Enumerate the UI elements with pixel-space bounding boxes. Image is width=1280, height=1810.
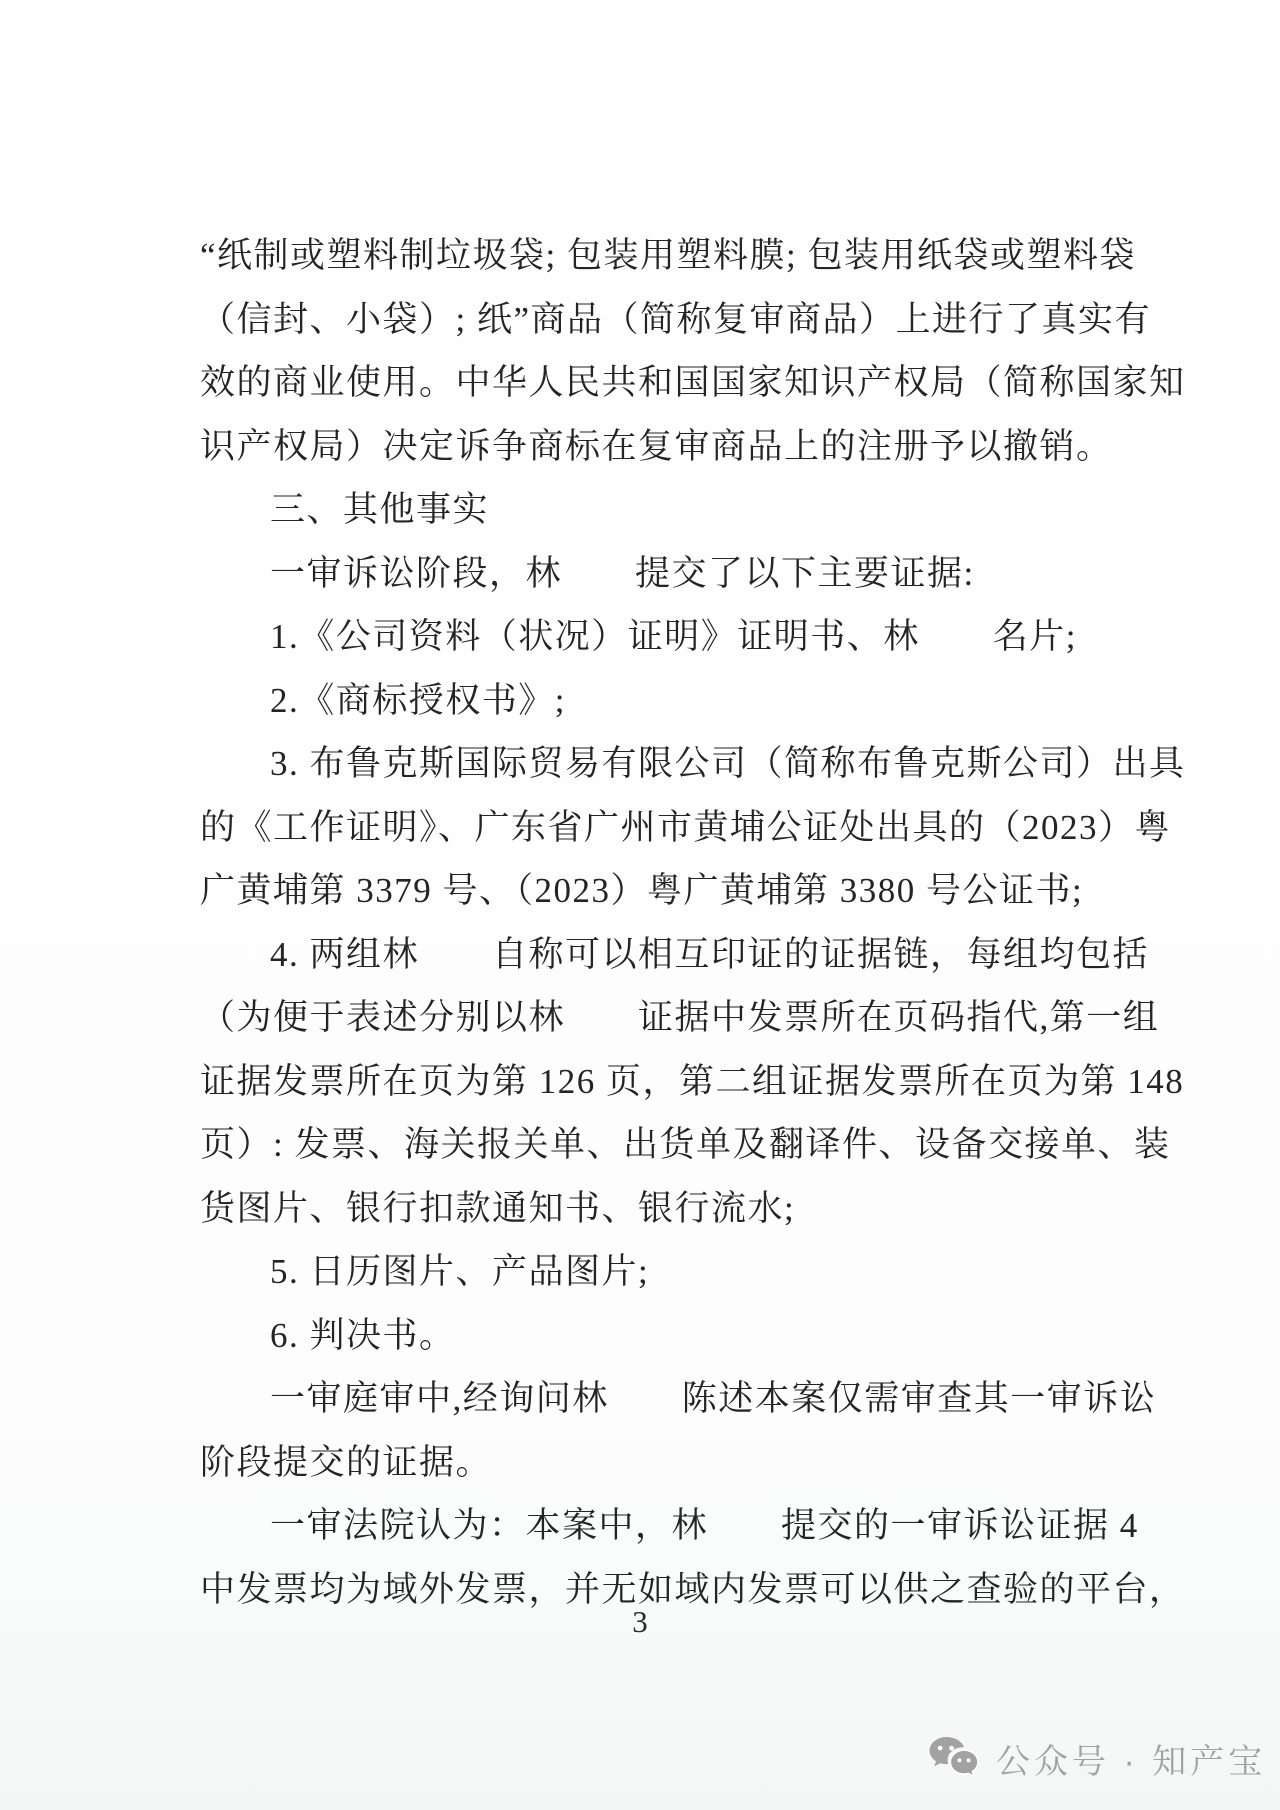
watermark-footer: 公众号 · 知产宝 — [928, 1734, 1266, 1783]
document-line: “纸制或塑料制垃圾袋; 包装用塑料膜; 包装用纸袋或塑料袋 — [200, 224, 1110, 288]
document-body: “纸制或塑料制垃圾袋; 包装用塑料膜; 包装用纸袋或塑料袋（信封、小袋）; 纸”… — [200, 224, 1110, 1621]
document-line: 4. 两组林 自称可以相互印证的证据链，每组均包括 — [200, 923, 1110, 987]
document-line: 一审诉讼阶段，林 提交了以下主要证据: — [200, 542, 1110, 606]
document-line: 页）: 发票、海关报关单、出货单及翻译件、设备交接单、装 — [200, 1113, 1110, 1177]
document-line: 6. 判决书。 — [200, 1304, 1110, 1368]
document-line: 效的商业使用。中华人民共和国国家知识产权局（简称国家知 — [200, 351, 1110, 415]
document-line: 一审庭审中,经询问林 陈述本案仅需审查其一审诉讼 — [200, 1367, 1110, 1431]
document-line: 阶段提交的证据。 — [200, 1431, 1110, 1495]
document-line: 一审法院认为：本案中，林 提交的一审诉讼证据 4 — [200, 1494, 1110, 1558]
page-number: 3 — [0, 1602, 1280, 1642]
document-line: 3. 布鲁克斯国际贸易有限公司（简称布鲁克斯公司）出具 — [200, 732, 1110, 796]
watermark-label: 公众号 · 知产宝 — [996, 1734, 1266, 1783]
document-line: 的《工作证明》、广东省广州市黄埔公证处出具的（2023）粤 — [200, 796, 1110, 860]
wechat-icon — [928, 1735, 980, 1782]
document-page: “纸制或塑料制垃圾袋; 包装用塑料膜; 包装用纸袋或塑料袋（信封、小袋）; 纸”… — [0, 0, 1280, 1810]
document-line: 2.《商标授权书》; — [200, 669, 1110, 733]
document-line: 货图片、银行扣款通知书、银行流水; — [200, 1177, 1110, 1241]
document-line: 三、其他事实 — [200, 478, 1110, 542]
document-line: 广黄埔第 3379 号、（2023）粤广黄埔第 3380 号公证书; — [200, 859, 1110, 923]
document-line: 1.《公司资料（状况）证明》证明书、林 名片; — [200, 605, 1110, 669]
document-line: 5. 日历图片、产品图片; — [200, 1240, 1110, 1304]
document-line: 证据发票所在页为第 126 页，第二组证据发票所在页为第 148 — [200, 1050, 1110, 1114]
document-line: 识产权局）决定诉争商标在复审商品上的注册予以撤销。 — [200, 415, 1110, 479]
document-line: （信封、小袋）; 纸”商品（简称复审商品）上进行了真实有 — [200, 288, 1110, 352]
document-line: （为便于表述分别以林 证据中发票所在页码指代,第一组 — [200, 986, 1110, 1050]
